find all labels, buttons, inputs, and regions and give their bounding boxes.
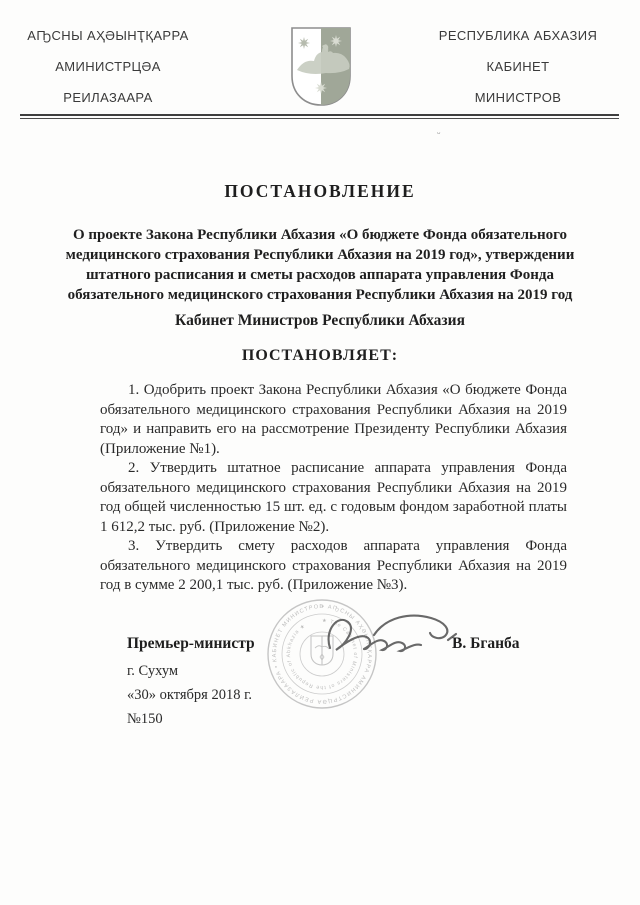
document-number: №150 (127, 711, 163, 728)
document-body: ПОСТАНОВЛЕНИЕ О проекте Закона Республик… (0, 118, 640, 596)
resolution-keyword: ПОСТАНОВЛЯЕТ: (0, 347, 640, 365)
coat-of-arms-icon (289, 26, 353, 113)
letterhead-russian: РЕСПУБЛИКА АБХАЗИЯ КАБИНЕТ МИНИСТРОВ (428, 28, 608, 121)
signature-city: г. Сухум (127, 663, 178, 680)
paragraph-2: 2. Утвердить штатное расписание аппарата… (100, 459, 567, 537)
handwritten-signature (318, 604, 468, 673)
document-subject: О проекте Закона Республики Абхазия «О б… (64, 225, 576, 305)
letterhead-abkhaz-line2: АМИНИСТРЦӘА (18, 59, 198, 90)
signature-block: • АҦСНЫ АҲӘЫНҬҚАРРА АМИНИСТРЦӘА РЕИЛАЗАА… (0, 592, 640, 762)
letterhead-russian-line2: КАБИНЕТ (428, 59, 608, 90)
document-title: ПОСТАНОВЛЕНИЕ (0, 181, 640, 202)
letterhead: АҦСНЫ АҲӘЫНҬҚАРРА АМИНИСТРЦӘА РЕИЛАЗААРА (0, 0, 640, 115)
letterhead-abkhaz-line1: АҦСНЫ АҲӘЫНҬҚАРРА (18, 28, 198, 59)
signature-date: «30» октября 2018 г. (127, 687, 252, 704)
letterhead-russian-line1: РЕСПУБЛИКА АБХАЗИЯ (428, 28, 608, 59)
issuing-authority: Кабинет Министров Республики Абхазия (0, 312, 640, 330)
decree-document-page: АҦСНЫ АҲӘЫНҬҚАРРА АМИНИСТРЦӘА РЕИЛАЗААРА (0, 0, 640, 905)
letterhead-abkhaz: АҦСНЫ АҲӘЫНҬҚАРРА АМИНИСТРЦӘА РЕИЛАЗААРА (18, 28, 198, 121)
resolution-paragraphs: 1. Одобрить проект Закона Республики Абх… (0, 381, 640, 596)
paragraph-1: 1. Одобрить проект Закона Республики Абх… (100, 381, 567, 459)
signer-title: Премьер-министр (127, 635, 255, 653)
paragraph-3: 3. Утвердить смету расходов аппарата упр… (100, 537, 567, 596)
signer-name: В. Бганба (452, 635, 520, 653)
